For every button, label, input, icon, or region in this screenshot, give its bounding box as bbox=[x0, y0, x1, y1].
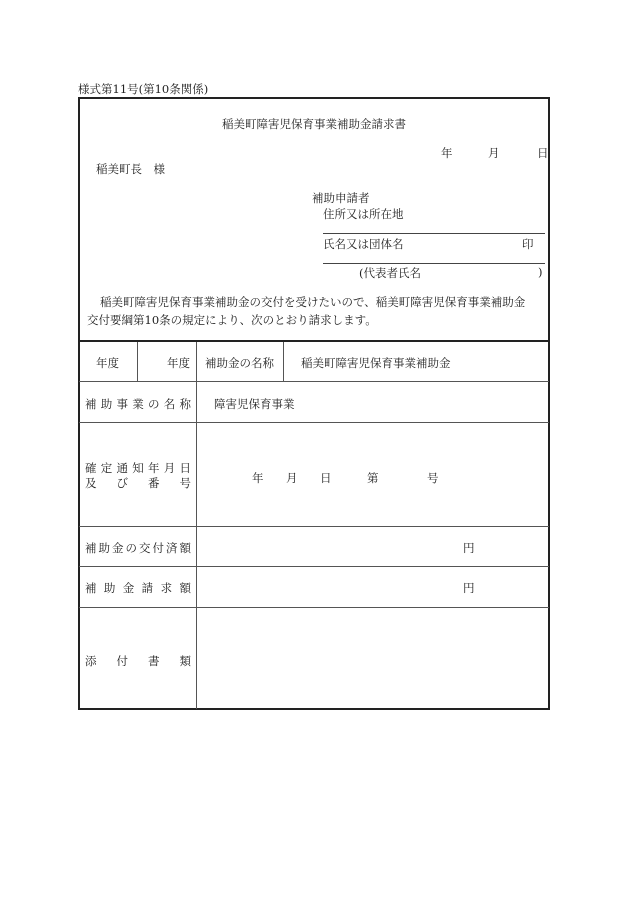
seal-mark: 印 bbox=[522, 236, 534, 252]
subsidy-name-value: 稲美町障害児保育事業補助金 bbox=[301, 355, 451, 371]
decision-label-line2: 及 び 番 号 bbox=[85, 475, 191, 491]
col-divider bbox=[137, 342, 138, 381]
col-divider bbox=[196, 342, 197, 709]
name-field-line[interactable] bbox=[323, 263, 545, 264]
paid-amount-unit[interactable]: 円 bbox=[463, 540, 475, 556]
row-divider bbox=[79, 607, 549, 608]
decision-number-prefix: 第 bbox=[367, 470, 379, 486]
col-divider bbox=[283, 342, 284, 381]
request-amount-unit[interactable]: 円 bbox=[463, 580, 475, 596]
row-divider bbox=[79, 381, 549, 382]
decision-day[interactable]: 日 bbox=[320, 470, 332, 486]
project-name-value[interactable]: 障害児保育事業 bbox=[214, 396, 295, 412]
date-year[interactable]: 年 bbox=[441, 145, 453, 161]
row-divider bbox=[79, 526, 549, 527]
date-day[interactable]: 日 bbox=[537, 145, 549, 161]
date-month[interactable]: 月 bbox=[488, 145, 500, 161]
body-text-line2: 交付要綱第10条の規定により、次のとおり請求します。 bbox=[87, 312, 377, 328]
addressee: 稲美町長 様 bbox=[96, 161, 165, 177]
applicant-heading: 補助申請者 bbox=[312, 190, 370, 206]
project-name-label: 補 助 事 業 の 名 称 bbox=[85, 396, 191, 412]
representative-open: (代表者氏名 bbox=[359, 265, 421, 281]
decision-label-line1: 確 定 通 知 年 月 日 bbox=[85, 460, 191, 476]
subsidy-name-label: 補助金の名称 bbox=[205, 355, 274, 371]
decision-month[interactable]: 月 bbox=[286, 470, 298, 486]
form-number: 様式第11号(第10条関係) bbox=[78, 81, 208, 97]
paid-amount-label: 補 助 金 の 交 付 済 額 bbox=[85, 540, 191, 556]
decision-number-suffix[interactable]: 号 bbox=[427, 470, 439, 486]
name-label: 氏名又は団体名 bbox=[323, 236, 404, 252]
address-label: 住所又は所在地 bbox=[323, 206, 404, 222]
address-field-line[interactable] bbox=[323, 233, 545, 234]
fiscal-year-label: 年度 bbox=[96, 355, 119, 371]
body-text-line1: 稲美町障害児保育事業補助金の交付を受けたいので、稲美町障害児保育事業補助金 bbox=[100, 294, 525, 310]
decision-year[interactable]: 年 bbox=[252, 470, 264, 486]
fiscal-year-field[interactable]: 年度 bbox=[167, 355, 190, 371]
document-title: 稲美町障害児保育事業補助金請求書 bbox=[222, 116, 406, 132]
row-divider bbox=[79, 566, 549, 567]
row-divider bbox=[79, 422, 549, 423]
attachments-label: 添 付 書 類 bbox=[85, 653, 191, 669]
attachments-field[interactable] bbox=[198, 609, 548, 709]
table-top-divider bbox=[78, 340, 550, 342]
representative-close: ) bbox=[538, 265, 543, 279]
request-amount-label: 補 助 金 請 求 額 bbox=[85, 580, 191, 596]
